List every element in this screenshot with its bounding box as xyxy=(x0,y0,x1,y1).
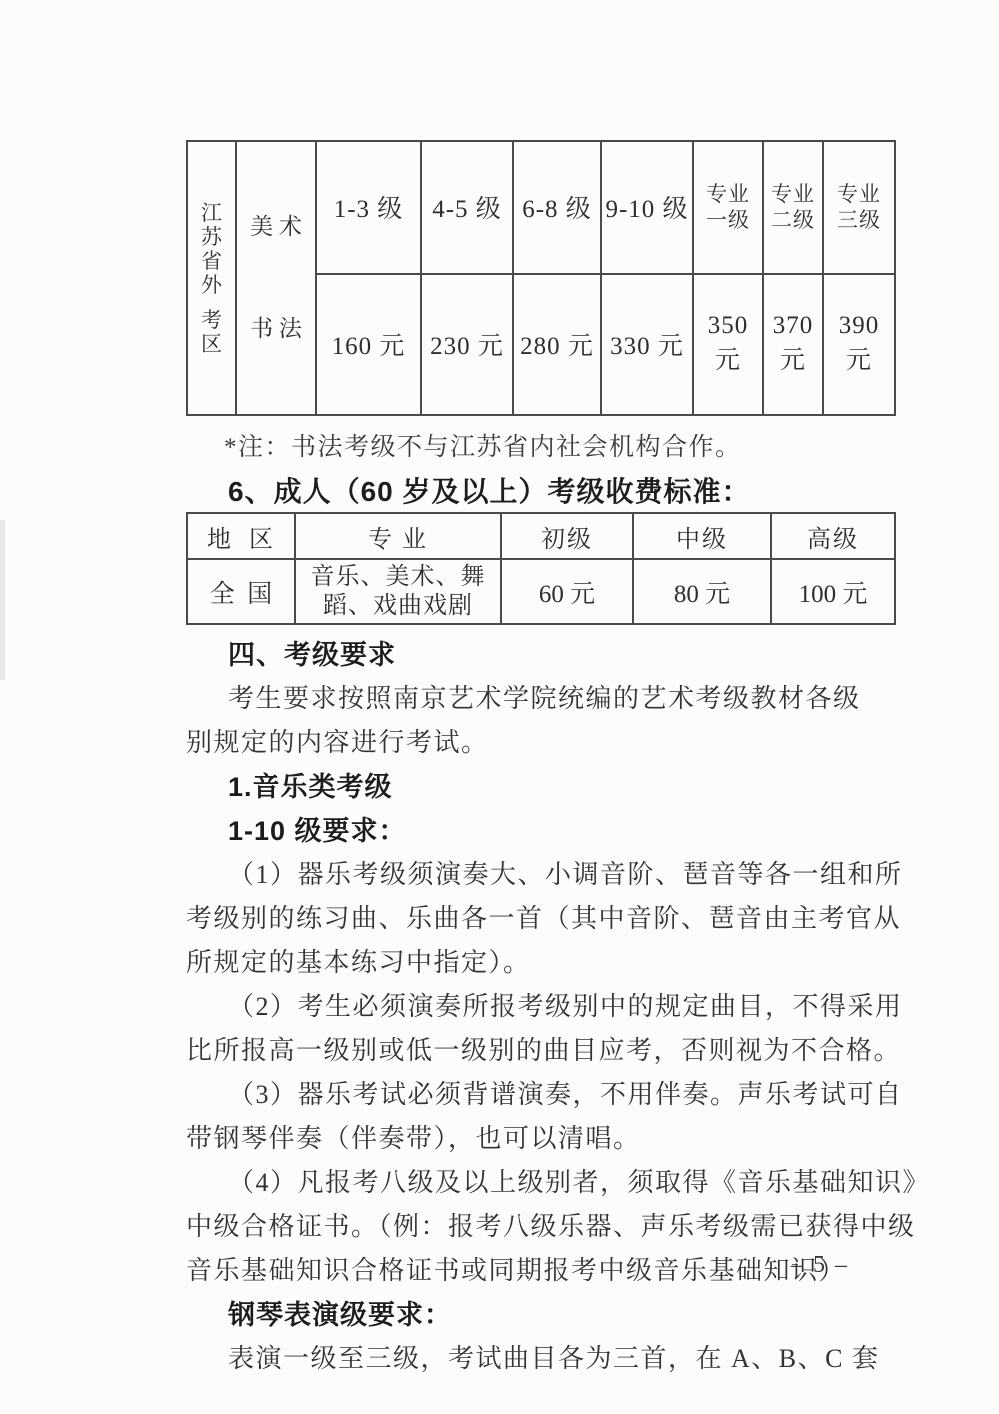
subject-line: 书 法 xyxy=(237,312,315,346)
region-char: 江 xyxy=(188,201,235,225)
pro-level-line: 专业 xyxy=(694,181,762,207)
subject-cell-art-calligraphy: 美 术 书 法 xyxy=(236,141,316,415)
intro-line: 别规定的内容进行考试。 xyxy=(186,721,894,765)
region-char: 苏 xyxy=(188,225,235,249)
fee-cell: 390 元 xyxy=(823,274,895,415)
item1-line: 考级别的练习曲、乐曲各一首（其中音阶、琶音由主考官从 xyxy=(186,897,894,941)
item1-line: （1）器乐考级须演奏大、小调音阶、琶音等各一组和所 xyxy=(186,853,894,897)
item4-line: 中级合格证书。（例：报考八级乐器、声乐考级需已获得中级 xyxy=(186,1205,894,1249)
fee-cell: 230 元 xyxy=(421,274,513,415)
level-header-9-10: 9-10 级 xyxy=(601,141,693,274)
adult-header-advanced: 高级 xyxy=(771,513,895,559)
item2-line: 比所报高一级别或低一级别的曲目应考，否则视为不合格。 xyxy=(186,1029,894,1073)
music-category-heading: 1.音乐类考级 xyxy=(186,765,894,809)
adult-fee-beginner: 60 元 xyxy=(501,559,633,624)
adult-header-intermediate: 中级 xyxy=(633,513,771,559)
pro-level-line: 专业 xyxy=(824,181,894,207)
level-header-4-5: 4-5 级 xyxy=(421,141,513,274)
out-of-province-fee-table: 江 苏 省 外 考 区 美 术 书 法 1-3 级 4-5 级 6-8 级 9-… xyxy=(186,140,896,416)
fee-cell: 350 元 xyxy=(693,274,763,415)
pro-level-line: 三级 xyxy=(824,207,894,233)
page-number: – 5 – xyxy=(791,1252,849,1279)
fee-cell: 280 元 xyxy=(513,274,601,415)
region-char: 考 xyxy=(188,308,235,332)
fee-cell: 160 元 xyxy=(316,274,421,415)
adult-header-beginner: 初级 xyxy=(501,513,633,559)
item3-line: （3）器乐考试必须背谱演奏，不用伴奏。声乐考试可自 xyxy=(186,1073,894,1117)
region-char: 区 xyxy=(188,332,235,356)
piano-performance-heading: 钢琴表演级要求： xyxy=(186,1293,894,1337)
region-cell-jiangsu-outside: 江 苏 省 外 考 区 xyxy=(187,141,236,415)
level-header-pro-3: 专业 三级 xyxy=(823,141,895,274)
item4-line: 音乐基础知识合格证书或同期报考中级音乐基础知识） xyxy=(186,1249,894,1293)
requirements-section: 四、考级要求 考生要求按照南京艺术学院统编的艺术考级教材各级 别规定的内容进行考… xyxy=(186,633,894,1381)
item4-line: （4）凡报考八级及以上级别者，须取得《音乐基础知识》 xyxy=(186,1161,894,1205)
fee-cell: 330 元 xyxy=(601,274,693,415)
piano-line: 表演一级至三级，考试曲目各为三首，在 A、B、C 套 xyxy=(186,1337,894,1381)
adult-region-cell: 全 国 xyxy=(187,559,295,624)
pro-level-line: 二级 xyxy=(764,207,822,233)
adult-fee-intermediate: 80 元 xyxy=(633,559,771,624)
level-header-1-3: 1-3 级 xyxy=(316,141,421,274)
adult-header-major: 专 业 xyxy=(295,513,501,559)
adult-header-region: 地 区 xyxy=(187,513,295,559)
subject-line: 美 术 xyxy=(237,210,315,244)
adult-major-cell: 音乐、美术、舞蹈、戏曲戏剧 xyxy=(295,559,501,624)
adult-fee-heading: 6、成人（60 岁及以上）考级收费标准： xyxy=(186,474,894,510)
level-header-pro-2: 专业 二级 xyxy=(763,141,823,274)
requirements-heading: 四、考级要求 xyxy=(186,633,894,677)
page-content: 江 苏 省 外 考 区 美 术 书 法 1-3 级 4-5 级 6-8 级 9-… xyxy=(186,140,894,1381)
region-char: 省 xyxy=(188,249,235,273)
document-page: 江 苏 省 外 考 区 美 术 书 法 1-3 级 4-5 级 6-8 级 9-… xyxy=(0,0,999,1414)
item2-line: （2）考生必须演奏所报考级别中的规定曲目，不得采用 xyxy=(186,985,894,1029)
fee-cell: 370 元 xyxy=(763,274,823,415)
intro-line: 考生要求按照南京艺术学院统编的艺术考级教材各级 xyxy=(186,677,894,721)
levels-1-10-heading: 1-10 级要求： xyxy=(186,809,894,853)
adult-fee-table: 地 区 专 业 初级 中级 高级 全 国 音乐、美术、舞蹈、戏曲戏剧 60 元 … xyxy=(186,512,896,625)
level-header-pro-1: 专业 一级 xyxy=(693,141,763,274)
level-header-6-8: 6-8 级 xyxy=(513,141,601,274)
item1-line: 所规定的基本练习中指定）。 xyxy=(186,941,894,985)
calligraphy-footnote: *注：书法考级不与江苏省内社会机构合作。 xyxy=(186,432,894,464)
item3-line: 带钢琴伴奏（伴奏带），也可以清唱。 xyxy=(186,1117,894,1161)
region-char: 外 xyxy=(188,273,235,297)
adult-fee-advanced: 100 元 xyxy=(771,559,895,624)
scan-artifact xyxy=(0,520,5,680)
pro-level-line: 专业 xyxy=(764,181,822,207)
pro-level-line: 一级 xyxy=(694,207,762,233)
